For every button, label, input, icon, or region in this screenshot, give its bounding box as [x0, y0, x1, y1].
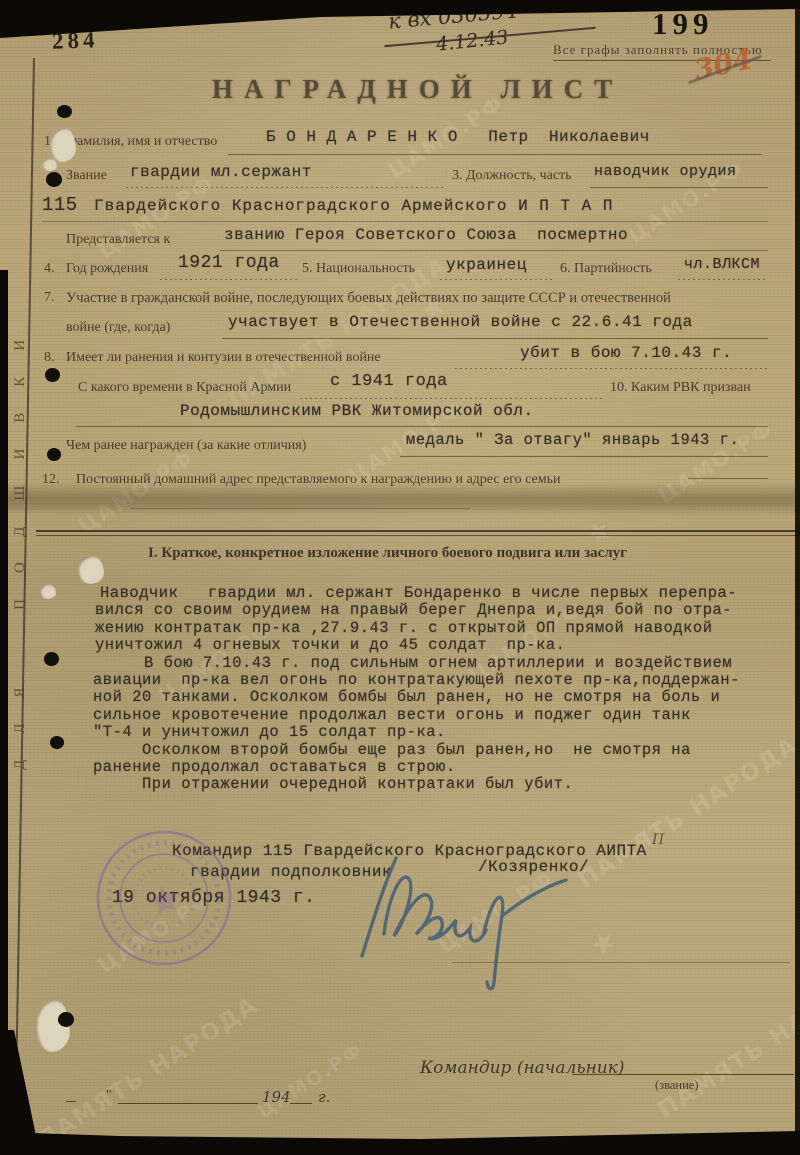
punch-hole	[57, 105, 72, 118]
item3-unit-value: Гвардейского Красноградского Армейского …	[94, 197, 613, 215]
item1-value: Б О Н Д А Р Е Н К О Петр Николаевич	[266, 128, 650, 146]
item3-unit-number: 115	[42, 194, 78, 216]
item9-value: с 1941 года	[330, 372, 448, 391]
paper-tear	[50, 128, 76, 162]
footer-date-blank	[118, 1103, 258, 1104]
item2-label: Звание	[66, 168, 107, 184]
footer-faint-rule	[452, 962, 790, 963]
footer-year-prefix: 194	[262, 1088, 291, 1106]
paper-tear	[40, 584, 56, 599]
item4-rule	[160, 279, 300, 280]
item12-blank-line	[130, 508, 470, 509]
punch-hole	[47, 448, 61, 461]
filing-margin-vertical-text: ДЛЯ ПОДШИВКИ	[12, 314, 29, 770]
scan-edge-left	[0, 270, 8, 1140]
item8-number: 8.	[44, 350, 55, 366]
item10-rule	[76, 426, 768, 427]
sheet-number: 199	[652, 6, 714, 42]
paper-tear	[42, 158, 57, 171]
item7-label2: войне (где, когда)	[66, 320, 170, 336]
scan-edge-right	[795, 0, 800, 1155]
footer-dash-line	[66, 1101, 100, 1102]
submit-value: званию Героя Советского Союза посмертно	[224, 226, 628, 244]
unit-seal-stamp	[86, 820, 242, 976]
item7-label: Участие в гражданской войне, последующих…	[66, 290, 671, 307]
item4-number: 4.	[44, 261, 55, 277]
citation-line: "Т-4 и уничтожил до 15 солдат пр-ка.	[93, 724, 780, 741]
item7-rule	[222, 338, 768, 339]
item8-label: Имеет ли ранения и контузии в отечествен…	[66, 350, 381, 366]
punch-hole	[46, 172, 62, 187]
punch-hole	[44, 652, 59, 666]
item10-value: Родомышлинским РВК Житомирской обл.	[180, 402, 534, 420]
item2-value: гвардии мл.сержант	[130, 163, 312, 181]
item6-label: 6. Партийность	[560, 261, 652, 277]
item2-rule	[126, 187, 444, 188]
citation-line: В бою 7.10.43 г. под сильным огнем артил…	[95, 655, 780, 672]
item12-label: Постоянный домашний адрес представляемог…	[76, 472, 561, 488]
item5-label: 5. Национальность	[302, 261, 415, 277]
citation-line: ранение продолжал оставаться в строю.	[93, 759, 780, 776]
page-title: НАГРАДНОЙ ЛИСТ	[212, 74, 623, 105]
citation-line: ной 20 танками. Осколком бомбы был ранен…	[93, 689, 780, 706]
item10-label: 10. Каким РВК призван	[610, 380, 751, 396]
citation-line: жению контратак пр-ка ,27.9.43 г. с откр…	[95, 620, 780, 637]
item1-label: Фамилия, имя и отчество	[66, 134, 217, 150]
item5-rule	[440, 279, 555, 280]
item3-rule	[590, 187, 768, 188]
item12-rule	[688, 478, 768, 479]
footer-year-blank	[290, 1103, 312, 1104]
handwritten-superscript: П	[652, 832, 664, 848]
citation-line: сильное кровотечение продолжал вести ого…	[93, 707, 780, 724]
item8-value: убит в бою 7.10.43 г.	[520, 344, 732, 362]
punch-hole	[50, 736, 64, 749]
item11-rule	[400, 456, 768, 457]
item9-label: С какого времени в Красной Армии	[78, 380, 291, 396]
citation-body: Наводчик гвардии мл. сержант Бондаренко …	[100, 585, 780, 794]
punch-hole	[58, 1012, 74, 1027]
item3-label: 3. Должность, часть	[452, 168, 572, 184]
scanned-award-sheet: ЦАМО.РФ ЦАМО.РФ ЦАМО.РФ ЦАМО.РФ ЦАМО.РФ …	[0, 0, 800, 1155]
footer-year-suffix: г.	[318, 1088, 330, 1106]
unit-rule	[42, 221, 768, 222]
item7-number: 7.	[44, 290, 55, 306]
item11-label: Чем ранее награжден (за какие отличия)	[66, 438, 306, 454]
submit-rule	[220, 250, 768, 251]
citation-line: уничтожил 4 огневых точки и до 45 солдат…	[95, 637, 780, 654]
item8-rule	[455, 368, 768, 369]
item11-value: медаль " За отвагу" январь 1943 г.	[406, 431, 739, 449]
citation-line: авиации пр-ка вел огонь по контратакующе…	[93, 672, 780, 689]
paper-tear	[78, 556, 104, 584]
section-divider-bottom	[36, 535, 800, 536]
footer-quote-mark: "	[106, 1088, 112, 1104]
item12-number: 12.	[42, 472, 60, 488]
citation-line: вился со своим орудием на правый берег Д…	[95, 602, 780, 619]
item6-rule	[678, 279, 768, 280]
punch-hole	[45, 368, 60, 382]
footer-commander-label: Командир (начальник)	[420, 1058, 625, 1078]
section-divider-top	[36, 530, 800, 532]
footer-signature-line	[572, 1074, 794, 1075]
footer-rank-caption: (звание)	[655, 1078, 698, 1093]
section1-heading: I. Краткое, конкретное изложение личного…	[148, 545, 627, 562]
item1-rule	[228, 154, 762, 155]
citation-line: При отражении очередной контратаки был у…	[93, 776, 780, 793]
submit-label: Представляется к	[66, 232, 170, 248]
item3-value: наводчик орудия	[594, 163, 737, 180]
item9-rule	[300, 398, 605, 399]
citation-line: Наводчик гвардии мл. сержант Бондаренко …	[100, 585, 780, 602]
item4-value: 1921 года	[178, 253, 280, 273]
item7-value: участвует в Отечественной войне с 22.6.4…	[228, 313, 693, 331]
citation-line: Осколком второй бомбы еще раз был ранен,…	[93, 742, 780, 759]
item5-value: украинец	[446, 256, 527, 274]
item4-label: Год рождения	[66, 261, 148, 277]
item6-value: чл.ВЛКСМ	[684, 256, 760, 273]
commander-autograph	[358, 838, 573, 998]
